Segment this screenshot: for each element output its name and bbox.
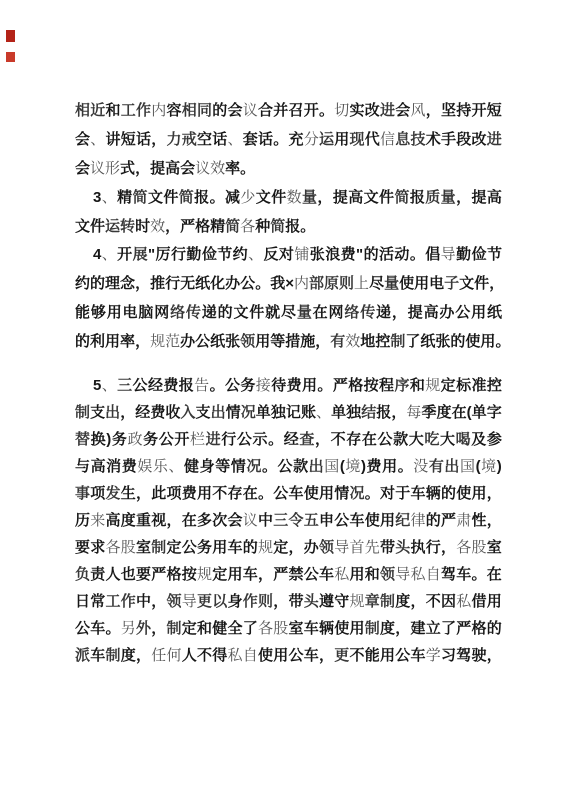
character: 格 [472,615,487,642]
character: 在 [487,561,502,588]
text-line: 派车制度，任何人不得私自使用公车，更不能用公车学习驾驶， [75,642,502,669]
character: 用 [255,328,270,357]
character: 无 [180,270,195,299]
character: 范 [165,328,180,357]
character: 的 [364,241,379,270]
character: ， [273,588,288,615]
character: 浪 [325,241,340,270]
character: 各 [240,213,255,242]
character: 费 [163,372,178,399]
character: ， [319,642,334,669]
character: 、 [168,453,183,480]
character: 3 [93,184,101,213]
character: 持 [456,97,471,126]
character: 质 [425,184,440,213]
character: 派 [75,642,90,669]
character: 中 [258,507,273,534]
character: 电 [429,270,444,299]
character: 办 [304,534,319,561]
character: ， [391,399,406,426]
character: 话 [212,126,227,155]
character: 高 [165,155,180,184]
character: 。 [255,270,270,299]
character: 另 [121,615,136,642]
character: 用 [334,126,349,155]
character: 4 [93,241,101,270]
character: 任 [151,642,166,669]
character: 独 [346,399,361,426]
character: 尽 [369,270,384,299]
character: 实 [350,97,365,126]
document-text-block: 相近和工作内容相同的会议合并召开。切实改进会风，坚持开短会、讲短话，力戒空话、套… [75,97,502,669]
character: 会 [395,97,410,126]
character: 合 [258,97,273,126]
character: ， [258,561,273,588]
character: 等 [215,453,230,480]
character: 短 [121,126,136,155]
character: 制 [365,615,380,642]
character: 使 [456,480,471,507]
character: 能 [365,642,380,669]
character: 公 [75,615,90,642]
character: 相 [75,97,90,126]
character: 大 [409,426,424,453]
character: 存 [346,426,361,453]
character: 就 [265,299,280,328]
character: 身 [200,453,215,480]
character: 头 [395,534,410,561]
character: 的 [441,480,456,507]
text-line: 约的理念，推行无纸化办公。我×内部原则上尽量使用电子文件， [75,270,502,299]
character: 用 [105,328,120,357]
character: 制 [390,328,405,357]
character: 充 [289,126,304,155]
character: 代 [365,126,380,155]
character: 量 [302,184,317,213]
character: 公 [225,372,240,399]
character: 出 [211,399,226,426]
character: 公 [182,534,197,561]
character: 公 [237,426,252,453]
character: 查 [299,426,314,453]
character: 私 [334,561,349,588]
character: 议 [90,155,105,184]
character: 用 [382,453,397,480]
character: 报 [410,184,425,213]
character: " [148,241,155,270]
character: 常 [90,588,105,615]
character: ( [340,453,345,480]
character: 领 [167,588,182,615]
character: 按 [364,372,379,399]
character: 国 [460,453,475,480]
character: 的 [487,615,502,642]
character: 来 [90,507,105,534]
character: 能 [75,299,90,328]
character: 和 [365,561,380,588]
text-line: 历来高度重视，在多次会议中三令五申公车使用纪律的严肃性， [75,507,502,534]
character: 情 [231,453,246,480]
character: 项 [167,480,182,507]
character: 量 [297,299,312,328]
character: 用 [273,642,288,669]
character: 用 [380,642,395,669]
character: 室 [487,534,502,561]
character: 用 [228,561,243,588]
character: 使 [304,480,319,507]
character: 原 [324,270,339,299]
character: 定 [273,534,288,561]
character: 吃 [424,426,439,453]
character: 车 [319,561,334,588]
character: ) [497,453,502,480]
character: 用 [480,328,495,357]
character: 自 [243,642,258,669]
character: 公 [377,426,392,453]
character: 公 [195,328,210,357]
character: 推 [150,270,165,299]
character: 带 [380,534,395,561]
text-line: 会、讲短话，力戒空话、套话。充分运用现代信息技术手段改进 [75,126,502,155]
character: 。 [210,184,225,213]
character: 守 [334,588,349,615]
character: 转 [120,213,135,242]
character: 领 [240,328,255,357]
character: 肃 [456,507,471,534]
character: 作 [121,588,136,615]
character: 话 [258,126,273,155]
character: 尽 [281,299,296,328]
character: 出 [444,453,459,480]
character: 事 [75,480,90,507]
character: 厉 [156,241,171,270]
character: 制 [106,642,121,669]
character: 。 [300,213,315,242]
character: ， [456,184,471,213]
character: ， [487,480,502,507]
character: ， [487,642,502,669]
character: 络 [344,299,359,328]
character: 历 [75,507,90,534]
character: 简 [179,184,194,213]
character: 段 [456,126,471,155]
character: 严 [273,561,288,588]
character: 张 [225,328,240,357]
character: 进 [380,97,395,126]
character: 用 [302,372,317,399]
character: 公 [240,270,255,299]
character: 驾 [456,642,471,669]
character: 近 [90,97,105,126]
character: ， [395,615,410,642]
character: 切 [334,97,349,126]
character: 时 [135,213,150,242]
character: 严 [456,615,471,642]
character: 在 [243,480,258,507]
character: 字 [487,399,502,426]
character: 。 [268,426,283,453]
character: 入 [180,399,195,426]
character: 结 [361,399,376,426]
character: 件 [474,270,489,299]
character: 倡 [425,241,440,270]
character: 头 [304,588,319,615]
character: 使 [365,507,380,534]
character: 高 [91,453,106,480]
character: 用 [319,480,334,507]
character: 同 [197,97,212,126]
character: 提 [333,184,348,213]
character: 按 [182,561,197,588]
character: 费 [287,372,302,399]
text-line: 制支出，经费收入支出情况单独记账、单独结报，每季度在(单字 [75,399,502,426]
character: 视 [151,507,166,534]
character: 严 [151,561,166,588]
character: ， [315,328,330,357]
character: 情 [334,480,349,507]
character: 高 [424,299,439,328]
character: 于 [395,480,410,507]
character: 改 [472,126,487,155]
character: 高 [487,184,502,213]
character: 。 [319,97,334,126]
character: ， [151,588,166,615]
character: 情 [226,399,241,426]
character: 用 [487,588,502,615]
red-scan-mark-bottom [6,52,15,62]
character: 严 [180,213,195,242]
character: 进 [206,426,221,453]
text-line: 公车。另外，制定和健全了各股室车辆使用制度，建立了严格的 [75,615,502,642]
character: 用 [414,270,429,299]
character: 及 [471,426,486,453]
character: 运 [319,126,334,155]
character: 电 [123,299,138,328]
character: 风 [411,97,426,126]
text-line: 替换)务政务公开栏进行公示。经查，不存在公款大吃大喝及参 [75,426,502,453]
character: 季 [421,399,436,426]
character: 传 [360,299,375,328]
character: ， [317,184,332,213]
character: 单 [256,399,271,426]
character: 替 [75,426,90,453]
character: 严 [441,507,456,534]
character: 支 [196,399,211,426]
character: 。 [317,372,332,399]
character: 度 [395,588,410,615]
character: 喝 [456,426,471,453]
character: 况 [350,480,365,507]
character: 各 [456,534,471,561]
character: ， [392,299,407,328]
character: 求 [90,534,105,561]
character: 的 [218,299,233,328]
character: 制 [380,588,395,615]
character: ， [135,328,150,357]
character: 、 [248,241,263,270]
character: 经 [148,372,163,399]
character: 量 [441,184,456,213]
character: 况 [246,453,261,480]
character: 展 [133,241,148,270]
character: 私 [228,642,243,669]
character: 的 [243,534,258,561]
character: 带 [289,588,304,615]
character: 车 [304,615,319,642]
character: 换 [91,426,106,453]
character: 精 [117,184,132,213]
character: 国 [324,453,339,480]
character: 现 [350,126,365,155]
character: 驶 [472,642,487,669]
character: 等 [270,328,285,357]
character: 性 [472,507,487,534]
character: 律 [411,507,426,534]
character: 不 [212,480,227,507]
character: 公 [395,642,410,669]
character: 效 [150,213,165,242]
character: 则 [258,588,273,615]
character: 工 [106,588,121,615]
character: 进 [487,126,502,155]
character: 话 [136,126,151,155]
character: 此 [151,480,166,507]
character: 私 [456,588,471,615]
character: 款 [393,426,408,453]
character: 不 [350,642,365,669]
character: 运 [105,213,120,242]
character: 议 [243,97,258,126]
character: 行 [171,241,186,270]
character: 。 [240,155,255,184]
character: 的 [90,270,105,299]
character: 的 [450,328,465,357]
character: 定 [441,372,456,399]
paragraph: 相近和工作内容相同的会议合并召开。切实改进会风，坚持开短会、讲短话，力戒空话、套… [75,97,502,184]
character: 利 [90,328,105,357]
character: 参 [487,426,502,453]
character: 则 [339,270,354,299]
character: 负 [75,561,90,588]
character: 文 [459,270,474,299]
character: 有 [429,453,444,480]
character: 导 [395,561,410,588]
character: 了 [243,615,258,642]
character: 络 [170,299,185,328]
character: 度 [121,642,136,669]
character: 人 [182,642,197,669]
character: 申 [319,507,334,534]
character: 导 [182,588,197,615]
character: 和 [106,97,121,126]
character: 。 [398,453,413,480]
character: 了 [405,328,420,357]
text-line: 相近和工作内容相同的会议合并召开。切实改进会风，坚持开短 [75,97,502,126]
character: 对 [380,480,395,507]
character: 公 [334,507,349,534]
character: 各 [258,615,273,642]
character: 效 [210,155,225,184]
character: 用 [107,299,122,328]
text-line: 能够用电脑网络传递的文件就尽量在网络传递，提高办公用纸 [75,299,502,328]
character: 、 [102,184,117,213]
character: 用 [350,561,365,588]
character: 行 [221,426,236,453]
character: 和 [197,615,212,642]
character: 种 [255,213,270,242]
character: 并 [273,97,288,126]
character: 、 [228,126,243,155]
character: 每 [406,399,421,426]
character: 。 [106,615,121,642]
character: 率 [225,155,240,184]
character: 日 [75,588,90,615]
character: 借 [472,588,487,615]
character: 行 [426,534,441,561]
character: 议 [195,155,210,184]
character: 人 [106,561,121,588]
character: 式 [120,155,135,184]
character: 会 [75,126,90,155]
character: 。 [273,126,288,155]
character: 准 [471,372,486,399]
character: 经 [135,399,150,426]
character: 内 [294,270,309,299]
character: 的 [426,507,441,534]
character: 件 [271,184,286,213]
character: 用 [472,480,487,507]
character: 责 [90,561,105,588]
character: 制 [75,399,90,426]
character: 定 [167,534,182,561]
character: 用 [197,480,212,507]
character: ) [361,453,366,480]
character: × [285,270,294,299]
character: 身 [228,588,243,615]
character: 外 [136,615,151,642]
character: 待 [271,372,286,399]
character: 款 [293,453,308,480]
character: ， [151,615,166,642]
character: 单 [472,399,487,426]
character: 制 [151,534,166,561]
character: 经 [284,426,299,453]
character: 我 [270,270,285,299]
character: 会 [75,155,90,184]
character: 先 [365,534,380,561]
character: 建 [411,615,426,642]
character: ， [135,155,150,184]
character: 各 [106,534,121,561]
character: 讲 [106,126,121,155]
character: " [356,241,363,270]
character: 行 [165,270,180,299]
character: 量 [384,270,399,299]
character: 况 [241,399,256,426]
character: 报 [179,372,194,399]
character: 。 [472,561,487,588]
character: 办 [180,328,195,357]
character: 公 [304,561,319,588]
character: 施 [300,328,315,357]
character: 车 [350,507,365,534]
character: 存 [228,480,243,507]
character: 没 [413,453,428,480]
character: 健 [212,615,227,642]
character: 内 [151,97,166,126]
character: 大 [440,426,455,453]
character: 空 [197,126,212,155]
